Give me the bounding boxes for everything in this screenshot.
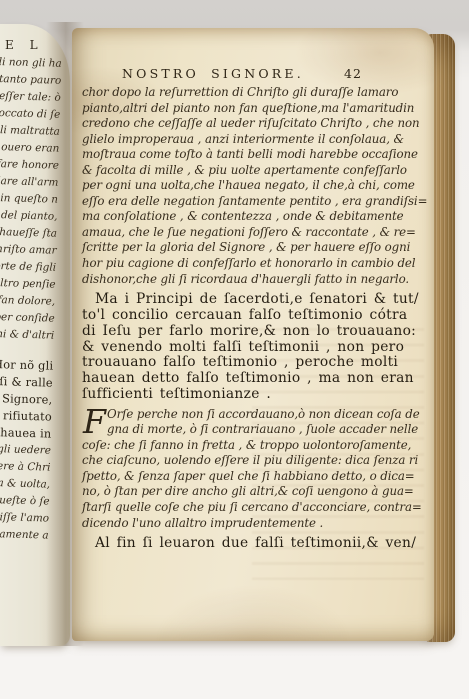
text-line: ſtarſi quelle coſe che piu ſi cercano d'… bbox=[82, 500, 429, 516]
text-line: & venendo molti falſi teſtimonii , non p… bbox=[82, 340, 429, 356]
paragraph-continuation: chor dopo la reſurrettion di Chriſto gli… bbox=[82, 85, 429, 287]
text-line: to'l concilio cercauan falſo teſtimonio … bbox=[82, 308, 429, 324]
text-line: che ciaſcuno, uolendo eſſere il piu dili… bbox=[82, 453, 429, 469]
facing-page-line-fragment: uolta & uolta, bbox=[0, 475, 50, 494]
text-line: per ogni una uolta,che l'hauea negato, i… bbox=[82, 178, 429, 194]
text-line: ſufficienti teſtimonianze . bbox=[82, 387, 429, 403]
text-line: glielo improperaua , anzi interiormente … bbox=[82, 132, 429, 148]
facing-page-line-fragment: credere à Chri bbox=[0, 457, 51, 476]
facing-page-line-fragment: di queſte ò ſe bbox=[0, 492, 50, 511]
text-line: credono che ceſſaſſe al ueder riſuſcitat… bbox=[82, 116, 429, 132]
text-line: no, ò ſtan per dire ancho gli altri,& co… bbox=[82, 484, 429, 500]
running-head: NOSTRO SIGNORE. 42 bbox=[72, 66, 434, 82]
text-line: eſſo era delle negation ſantamente penti… bbox=[82, 194, 429, 210]
running-title: NOSTRO SIGNORE. bbox=[122, 66, 304, 81]
photo-scene: E L e egli non gli hafoſſe tanto pauroci… bbox=[0, 0, 469, 699]
text-line: dishonor,che gli ſi ricordaua d'hauergli… bbox=[82, 272, 429, 288]
text-line: ſpetto, & ſenza ſaper quel che ſi habbia… bbox=[82, 469, 429, 485]
facing-page-line-fragment: fattogli uedere bbox=[0, 440, 51, 459]
text-line: & facolta di mille , & piu uolte apertam… bbox=[82, 163, 429, 179]
facing-page-line-fragment: ato & rifiutato bbox=[0, 406, 52, 425]
text-line: chor dopo la reſurrettion di Chriſto gli… bbox=[82, 85, 429, 101]
facing-page-line-fragment: minuiſſe l'amo bbox=[0, 508, 49, 527]
text-line: trouauano falſo teſtimonio , peroche mol… bbox=[82, 355, 429, 371]
paragraph-scripture: Ma i Principi de ſacerdoti,e ſenatori & … bbox=[82, 292, 429, 403]
paragraph-commentary: F Orſe perche non ſi accordauano,ò non d… bbox=[82, 407, 429, 531]
drop-cap: F bbox=[83, 407, 106, 437]
text-line: coſe: che ſi fanno in fretta , & troppo … bbox=[82, 438, 429, 454]
facing-page-line-fragment: r che l'hauea in bbox=[0, 423, 52, 443]
page-number: 42 bbox=[344, 66, 362, 81]
paragraph-new-section: Al fin ſi leuaron due falſi teſtimonii,&… bbox=[82, 536, 429, 552]
text-line: dicendo l'uno allaltro imprudentemente . bbox=[82, 516, 429, 532]
text-line: Al fin ſi leuaron due falſi teſtimonii,&… bbox=[82, 536, 429, 552]
text-line: ſcritte per la gloria del Signore , & pe… bbox=[82, 240, 429, 256]
text-line: hor piu cagione di confeſſarlo et honora… bbox=[82, 256, 429, 272]
facing-page-line-fragment: nta del Signore, bbox=[0, 389, 53, 409]
book-page: NOSTRO SIGNORE. 42 chor dopo la reſurret… bbox=[72, 28, 434, 641]
text-line: di Ieſu per farlo morire,& non lo trouau… bbox=[82, 324, 429, 340]
text-line: pianto,altri del pianto non fan queſtion… bbox=[82, 101, 429, 117]
facing-page-line-fragment: gamente a bbox=[0, 526, 49, 545]
text-line: hauean detto falſo teſtimonio , ma non e… bbox=[82, 371, 429, 387]
text-line: Ma i Principi de ſacerdoti,e ſenatori & … bbox=[82, 292, 429, 308]
text-line: Orſe perche non ſi accordauano,ò non dic… bbox=[82, 407, 429, 423]
text-block: chor dopo la reſurrettion di Chriſto gli… bbox=[82, 85, 429, 552]
text-line: gna di morte, ò ſi contrariauano , ſuole… bbox=[82, 422, 429, 438]
text-line: amaua, che le ſue negationi foſſero & ra… bbox=[82, 225, 429, 241]
text-line: ma conſolatione , & contentezza , onde &… bbox=[82, 209, 429, 225]
text-line: moſtraua come toſto à tanti belli modi h… bbox=[82, 147, 429, 163]
